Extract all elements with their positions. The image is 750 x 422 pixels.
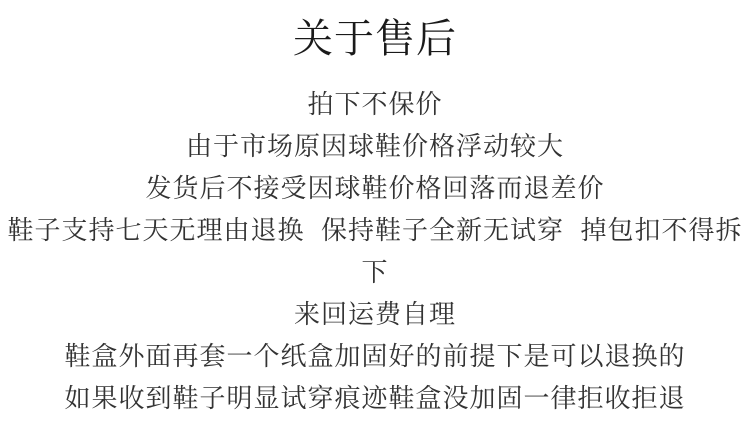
page-title: 关于售后	[0, 14, 750, 64]
policy-line-seven-day-return-conditions: 鞋子支持七天无理由退换 保持鞋子全新无试穿 掉包扣不得拆下	[0, 209, 750, 293]
policy-line-no-price-difference-refund: 发货后不接受因球鞋价格回落而退差价	[0, 167, 750, 209]
policy-line-shipping-cost: 来回运费自理	[0, 293, 750, 335]
policy-text-block: 拍下不保价 由于市场原因球鞋价格浮动较大 发货后不接受因球鞋价格回落而退差价 鞋…	[0, 83, 750, 419]
policy-line-no-price-guarantee: 拍下不保价	[0, 83, 750, 125]
after-sales-notice: 关于售后 拍下不保价 由于市场原因球鞋价格浮动较大 发货后不接受因球鞋价格回落而…	[0, 0, 750, 422]
policy-line-box-reinforcement-required: 鞋盒外面再套一个纸盒加固好的前提下是可以退换的	[0, 335, 750, 377]
policy-line-market-fluctuation: 由于市场原因球鞋价格浮动较大	[0, 125, 750, 167]
policy-line-rejection-conditions: 如果收到鞋子明显试穿痕迹鞋盒没加固一律拒收拒退	[0, 377, 750, 419]
